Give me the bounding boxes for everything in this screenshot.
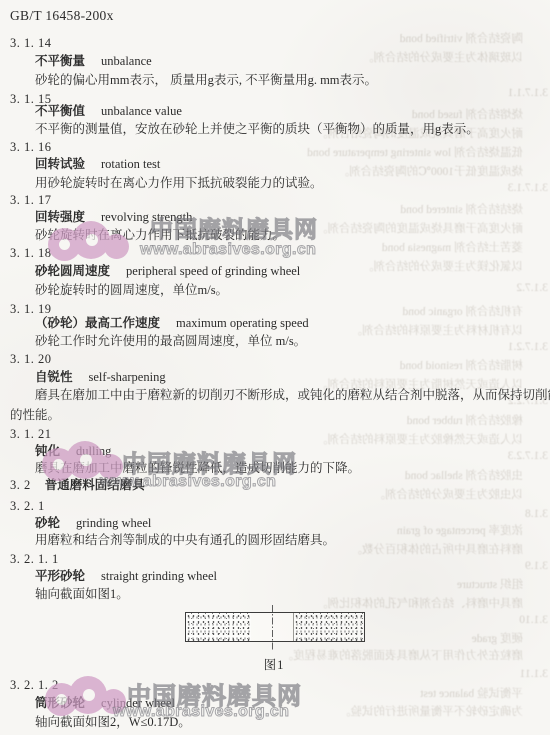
term-en: unbalance <box>101 54 152 68</box>
section-number: 3. 1. 19 <box>10 302 52 317</box>
bleedthrough-line: 3.1.11 <box>520 668 548 680</box>
section-number: 3. 1. 21 <box>10 427 52 442</box>
term-line: 砂轮grinding wheel <box>35 516 151 531</box>
bleedthrough-line: 组织 structure <box>457 576 523 592</box>
term-line: （砂轮）最高工作速度maximum operating speed <box>35 316 309 331</box>
term-line: 不平衡量unbalance <box>35 54 152 69</box>
term-line: 筒形砂轮cylinder wheel <box>35 696 175 711</box>
section-number: 3. 2. 1 <box>10 499 45 514</box>
term-line: 回转强度revolving strength <box>35 210 192 225</box>
figure-caption: 图1 <box>185 655 363 673</box>
bleedthrough-line: 菱苦土结合剂 magnesia bond <box>382 239 523 255</box>
term-en: cylinder wheel <box>101 696 175 710</box>
definition: 磨具在磨加工中由于磨粒新的切削刃不断形成，或钝化的磨粒从结合剂中脱落，从而保持切… <box>35 388 550 403</box>
term-line: 钝化dulling <box>35 444 111 459</box>
bleedthrough-line: 虫胶结合剂 shellac bond <box>405 467 523 483</box>
term-en: unbalance value <box>101 104 182 118</box>
bleedthrough-line: 以氯化镁为主要成分的结合剂。 <box>362 258 523 274</box>
section-number: 3. 1. 14 <box>10 36 52 51</box>
section-heading: 3. 2普通磨料固结磨具 <box>10 478 145 493</box>
term-line: 平形砂轮straight grinding wheel <box>35 569 217 584</box>
bleedthrough-line: 以虫胶为主要成分的结合剂。 <box>374 486 524 502</box>
bleedthrough-line: 3.1.9 <box>525 560 548 572</box>
figure-hatch-right <box>293 613 364 641</box>
definition: 砂轮的偏心用mm表示， 质量用g表示, 不平衡量用g. mm表示。 <box>35 73 377 88</box>
term-en: maximum operating speed <box>176 316 309 330</box>
term-en: rotation test <box>101 157 160 171</box>
bleedthrough-line: 3.1.7.2.1 <box>508 341 548 353</box>
figure-hatch-left <box>186 613 252 641</box>
definition: 砂轮旋转时的圆周速度，单位m/s。 <box>35 283 228 298</box>
term-en: straight grinding wheel <box>101 569 217 583</box>
term-en: grinding wheel <box>76 516 151 530</box>
bleedthrough-line: 有机结合剂 organic bond <box>402 303 523 319</box>
bleedthrough-line: 3.1.7.2.3 <box>508 450 548 462</box>
definition: 砂轮工作时允许使用的最高圆周速度，单位 m/s。 <box>35 334 306 349</box>
section-number: 3. 1. 18 <box>10 246 52 261</box>
bleedthrough-line: 3.1.10 <box>519 614 548 626</box>
section-number: 3. 2. 1. 1 <box>10 552 59 567</box>
bleedthrough-line: 3.1.7.1.1 <box>508 87 548 99</box>
bleedthrough-line: 为确定砂轮不平衡量所进行的试验。 <box>339 703 523 719</box>
term-cn: 砂轮 <box>35 516 60 530</box>
document-number: GB/T 16458-200x <box>10 8 114 24</box>
bleedthrough-line: 硬度 grade <box>472 630 523 646</box>
term-line: 不平衡值unbalance value <box>35 104 182 119</box>
section-number: 3. 1. 17 <box>10 193 52 208</box>
bleedthrough-line: 烧熔结合剂 fused bond <box>412 106 523 122</box>
bleedthrough-line: 3.1.7.2 <box>516 282 548 294</box>
bleedthrough-line: 树脂结合剂 resinoid bond <box>400 357 523 373</box>
term-cn: 不平衡值 <box>35 104 85 118</box>
term-en: revolving strength <box>101 210 192 224</box>
bleedthrough-line: 橡胶结合剂 rubber bond <box>407 412 523 428</box>
definition: 轴向截面如图1。 <box>35 587 129 602</box>
watermark-url: www.abrasives.org.cn <box>140 241 316 259</box>
bleedthrough-line: 浓度率 percentage of grain <box>397 522 523 538</box>
section-number: 3. 1. 16 <box>10 140 52 155</box>
bleedthrough-line: 磨具中磨料、结合剂和气孔的体积比例。 <box>316 595 523 611</box>
term-cn: 不平衡量 <box>35 54 85 68</box>
term-cn: 回转试验 <box>35 157 85 171</box>
definition: 砂轮旋转时在离心力作用下抵抗破裂的能力。 <box>35 228 285 243</box>
definition-continued: 的性能。 <box>10 408 60 423</box>
heading-number: 3. 2 <box>10 478 31 492</box>
bleedthrough-line: 烧结结合剂 sintered bond <box>400 201 523 217</box>
term-cn: 回转强度 <box>35 210 85 224</box>
bleedthrough-line: 3.1.8 <box>525 508 548 520</box>
definition: 用磨粒和结合剂等制成的中央有通孔的圆形固结磨具。 <box>35 533 335 548</box>
bleedthrough-line: 以人造或天然橡胶为主要原料的结合剂。 <box>316 431 523 447</box>
bleedthrough-line: 磨料在磨具中所占的体积百分数。 <box>351 541 524 557</box>
definition: 磨具在磨加工中磨粒的锋锐性降低，造成切削能力的下降。 <box>35 461 360 476</box>
definition: 轴向截面如图2，W≤0.17D。 <box>35 715 191 730</box>
bleedthrough-line: 烧成温度低于1000℃的陶瓷结合剂。 <box>338 163 523 179</box>
bleedthrough-line: 耐火度高于磨具烧成温度的陶瓷结合剂。 <box>316 220 523 236</box>
section-number: 3. 1. 20 <box>10 352 52 367</box>
bleedthrough-line: 平衡试验 balance test <box>420 685 523 701</box>
figure-centerline <box>272 605 273 650</box>
term-line: 自锐性self-sharpening <box>35 370 166 385</box>
bleedthrough-line: 低温烧结合剂 low sintering temperature bond <box>307 144 523 160</box>
heading-title: 普通磨料固结磨具 <box>45 478 145 492</box>
term-line: 砂轮圆周速度peripheral speed of grinding wheel <box>35 264 300 279</box>
term-cn: 筒形砂轮 <box>35 696 85 710</box>
term-cn: 平形砂轮 <box>35 569 85 583</box>
term-cn: 砂轮圆周速度 <box>35 264 110 278</box>
term-cn: （砂轮）最高工作速度 <box>35 316 160 330</box>
term-en: peripheral speed of grinding wheel <box>126 264 300 278</box>
bleedthrough-line: 以有机材料为主要原料的结合剂。 <box>351 322 524 338</box>
figure-1-wheel-cross-section <box>185 612 365 642</box>
term-cn: 自锐性 <box>35 370 73 384</box>
section-number: 3. 2. 1. 2 <box>10 678 59 693</box>
term-cn: 钝化 <box>35 444 60 458</box>
bleedthrough-line: 陶瓷结合剂 vitrified bond <box>400 30 523 46</box>
definition: 不平衡的测量值，安放在砂轮上并使之平衡的质块（平衡物）的质量，用g表示。 <box>35 122 479 137</box>
bleedthrough-line: 3.1.7.1.3 <box>508 182 548 194</box>
term-line: 回转试验rotation test <box>35 157 160 172</box>
definition: 用砂轮旋转时在离心力作用下抵抗破裂能力的试验。 <box>35 176 323 191</box>
bleedthrough-line: 以玻璃体为主要成分的结合剂。 <box>362 49 523 65</box>
term-en: dulling <box>76 444 111 458</box>
page-bleedthrough: 陶瓷结合剂 vitrified bond 以玻璃体为主要成分的结合剂。 3.1.… <box>335 0 548 735</box>
term-en: self-sharpening <box>89 370 166 384</box>
